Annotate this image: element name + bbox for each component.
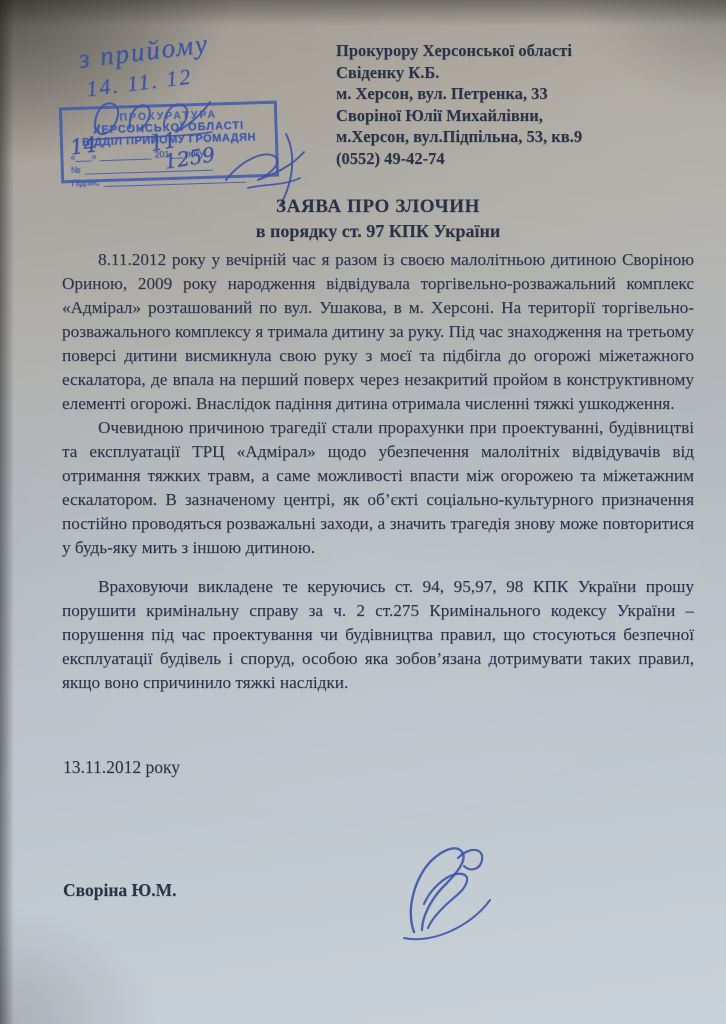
recipient-line: Прокурору Херсонської області bbox=[336, 40, 676, 62]
stamp-number-sign: № bbox=[71, 165, 81, 175]
recipient-line: Своріної Юлії Михайлівни, bbox=[336, 105, 676, 127]
stamp-signature-label: Підпис bbox=[71, 177, 99, 188]
paragraph-request: Враховуючи викладене те керуючись ст. 94… bbox=[62, 575, 694, 695]
stamp-month-blank bbox=[99, 150, 151, 162]
title-line2: в порядку ст. 97 КПК України bbox=[62, 221, 694, 242]
recipient-line: Свіденку К.Б. bbox=[336, 62, 676, 84]
document-page: з прийому 14. 11. 12 ПРОКУРАТУРА ХЕРСОНС… bbox=[0, 0, 726, 1024]
statement-body: 8.11.2012 року у вечірній час я разом із… bbox=[62, 248, 694, 695]
signer-name: Своріна Ю.М. bbox=[63, 880, 177, 901]
document-date: 13.11.2012 року bbox=[63, 757, 180, 778]
recipient-address-block: Прокурору Херсонської області Свіденку К… bbox=[336, 40, 676, 169]
paragraph-incident: 8.11.2012 року у вечірній час я разом із… bbox=[62, 248, 694, 416]
recipient-line: м.Херсон, вул.Підпільна, 53, кв.9 bbox=[336, 126, 676, 148]
paragraph-cause: Очевидною причиною трагедії стали прорах… bbox=[62, 416, 694, 560]
applicant-signature-scribble bbox=[398, 842, 498, 942]
recipient-line: м. Херсон, вул. Петренка, 33 bbox=[336, 83, 676, 105]
recipient-line: (0552) 49-42-74 bbox=[336, 148, 676, 170]
title-line1: ЗАЯВА ПРО ЗЛОЧИН bbox=[62, 196, 694, 218]
handwritten-stamp-day: 14 bbox=[68, 132, 98, 159]
scanned-document-photo: з прийому 14. 11. 12 ПРОКУРАТУРА ХЕРСОНС… bbox=[0, 0, 726, 1024]
document-title: ЗАЯВА ПРО ЗЛОЧИН в порядку ст. 97 КПК Ук… bbox=[62, 196, 694, 242]
